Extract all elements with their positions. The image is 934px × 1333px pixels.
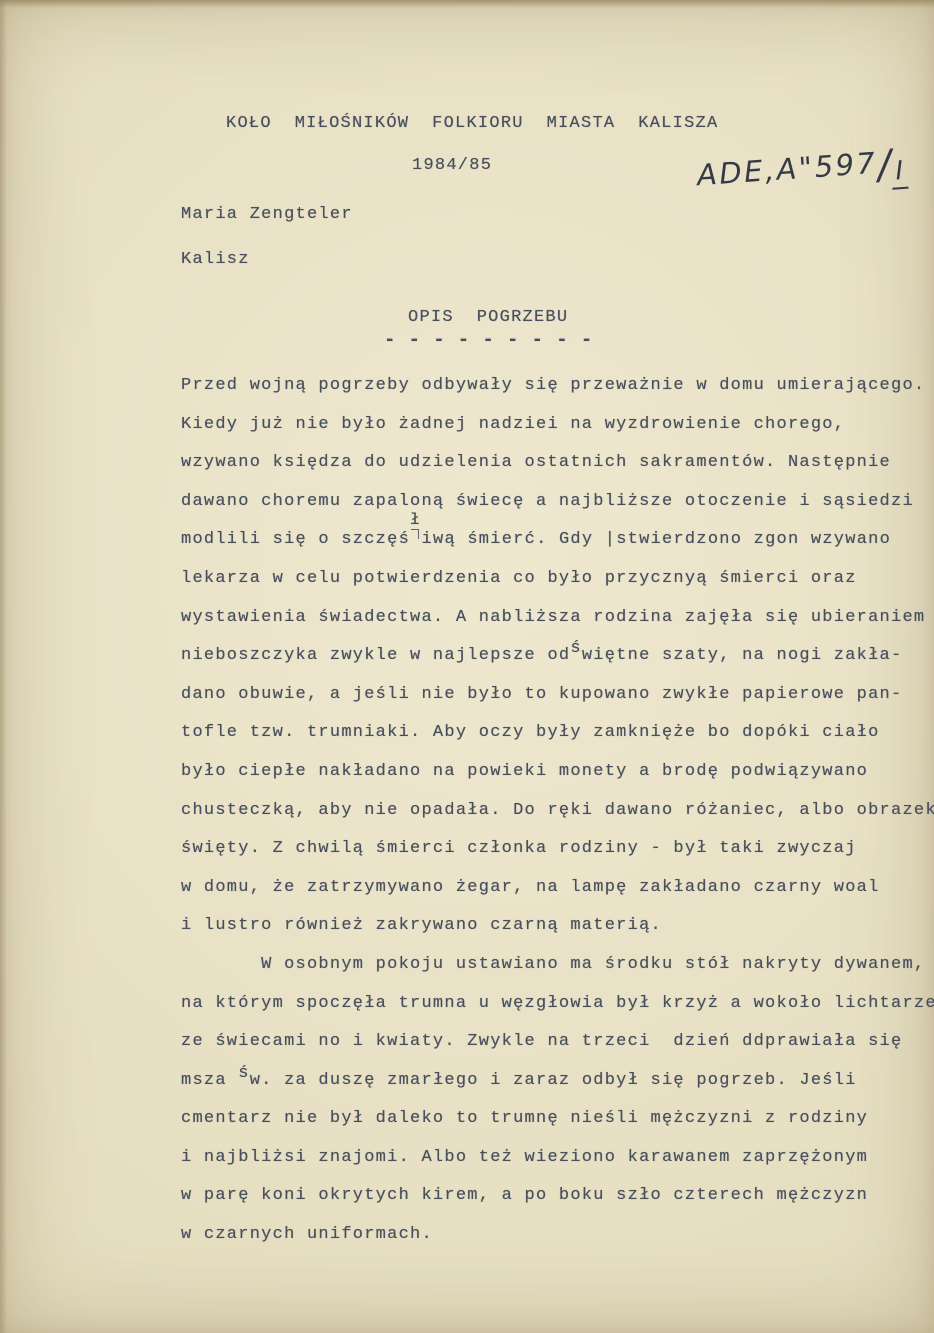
text-line: dano obuwie, a jeśli nie było to kupowan…: [181, 685, 934, 724]
paper-left-edge: [0, 0, 7, 1333]
text-line: i lustro również zakrywano czarną materi…: [181, 916, 934, 955]
inserted-letter: ł: [410, 511, 421, 529]
text-line: w czarnych uniformach.: [181, 1225, 934, 1264]
school-year: 1984/85: [412, 156, 492, 175]
line-segment: nieboszczyka zwykle w najlepsze od: [181, 646, 570, 665]
line-segment: modlili się o szczęś: [181, 530, 410, 549]
archive-signature-roman-numeral: I: [890, 156, 908, 190]
title-dashed-underline: - - - - - - - - -: [384, 329, 593, 351]
text-line: dawano choremu zapaloną świecę a najbliż…: [181, 492, 934, 531]
line-segment: więtne szaty, na nogi zakła-: [582, 646, 903, 665]
handwritten-archive-signature: ADE,A"597/I: [696, 141, 909, 202]
document-title: OPIS POGRZEBU: [408, 308, 568, 327]
text-line: Przed wojną pogrzeby odbywały się przewa…: [181, 376, 934, 415]
text-line: chusteczką, aby nie opadała. Do ręki daw…: [181, 801, 934, 840]
line-segment: w. za duszę zmarłego i zaraz odbył się p…: [250, 1071, 857, 1090]
body-text: Przed wojną pogrzeby odbywały się przewa…: [181, 376, 934, 1264]
text-line: Kiedy już nie było żadnej nadziei na wyz…: [181, 415, 934, 454]
author-name: Maria Zengteler: [181, 205, 353, 224]
inserted-letter-above-line: ł: [410, 542, 422, 543]
archive-signature-text: ADE,A"597: [696, 146, 879, 193]
raised-letter: ś: [570, 639, 581, 658]
text-line: cmentarz nie był daleko to trumnę nieśli…: [181, 1109, 934, 1148]
text-line: w domu, że zatrzymywano żegar, na lampę …: [181, 878, 934, 917]
line-segment: iwą śmierć. Gdy |stwierdzono zgon wzywan…: [422, 530, 892, 549]
text-line: lekarza w celu potwierdzenia co było prz…: [181, 569, 934, 608]
text-line: ze świecami no i kwiaty. Zwykle na trzec…: [181, 1032, 934, 1071]
text-line-with-raised-letter: msza św. za duszę zmarłego i zaraz odbył…: [181, 1071, 934, 1110]
text-line: wzywano księdza do udzielenia ostatnich …: [181, 453, 934, 492]
text-line: wystawienia świadectwa. A nabliższa rodz…: [181, 608, 934, 647]
text-line: i najbliżsi znajomi. Albo też wieziono k…: [181, 1148, 934, 1187]
organization-header: KOŁO MIŁOŚNIKÓW FOLKIORU MIASTA KALISZA: [226, 114, 718, 133]
line-segment: msza: [181, 1071, 238, 1090]
text-line-with-insertion: modlili się o szczęśłiwą śmierć. Gdy |st…: [181, 530, 934, 569]
scanned-typewritten-page: { "document": { "organization": "KOŁO MI…: [0, 0, 934, 1333]
text-line-with-raised-letter: nieboszczyka zwykle w najlepsze odświętn…: [181, 646, 934, 685]
text-line: tofle tzw. trumniaki. Aby oczy były zamk…: [181, 723, 934, 762]
text-line: święty. Z chwilą śmierci członka rodziny…: [181, 839, 934, 878]
text-line-paragraph-start: W osobnym pokoju ustawiano ma środku stó…: [181, 955, 934, 994]
text-line: w parę koni okrytych kirem, a po boku sz…: [181, 1186, 934, 1225]
raised-letter: ś: [238, 1064, 249, 1083]
author-city: Kalisz: [181, 250, 250, 269]
paper-top-edge: [0, 0, 934, 8]
text-line: na którym spoczęła trumna u węzgłowia by…: [181, 994, 934, 1033]
text-line: było ciepłe nakładano na powieki monety …: [181, 762, 934, 801]
